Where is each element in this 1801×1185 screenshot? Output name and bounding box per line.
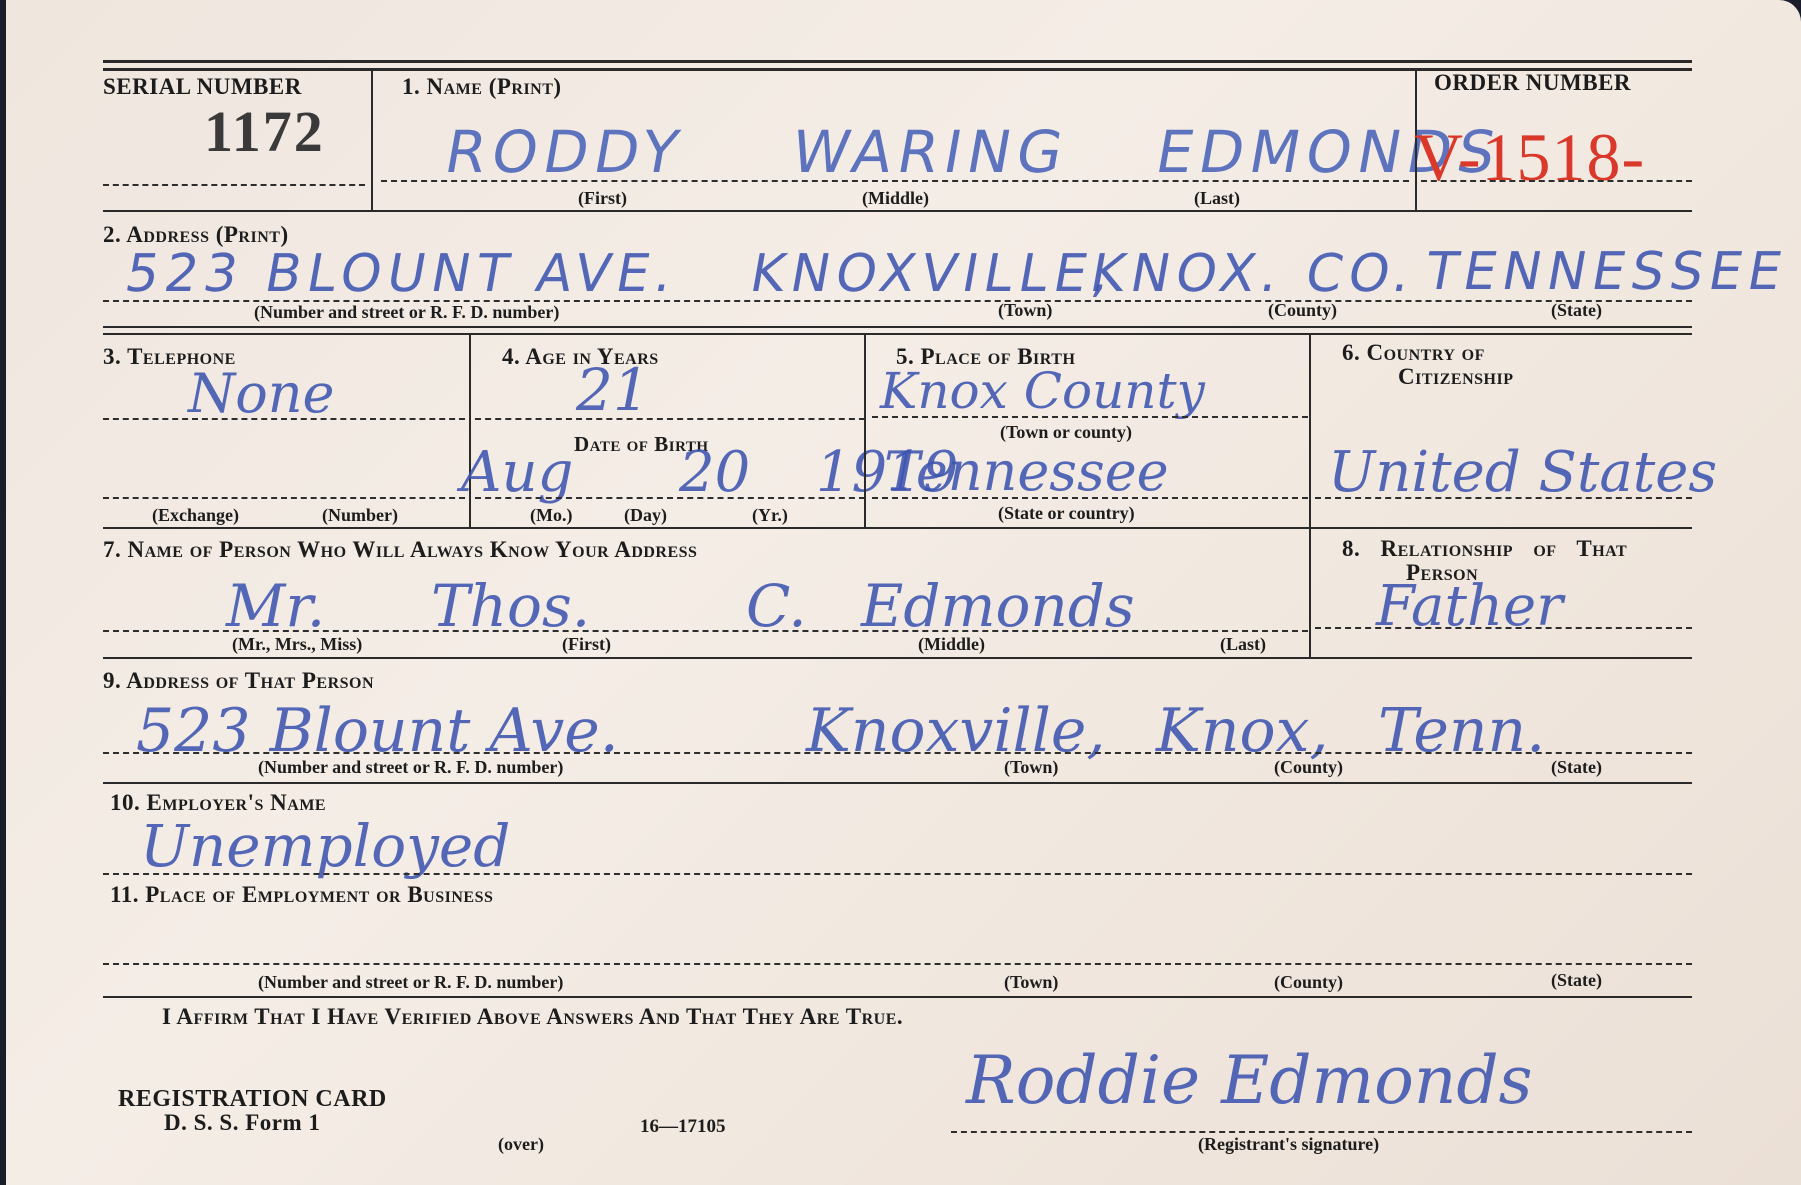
employer-line xyxy=(103,873,1692,875)
registrant-signature[interactable]: Roddie Edmonds xyxy=(966,1042,1532,1119)
employer-value[interactable]: Unemployed xyxy=(140,812,510,880)
over-note: (over) xyxy=(498,1134,544,1155)
contact-sub-first: (First) xyxy=(562,634,611,655)
employment-place-line[interactable] xyxy=(103,963,1692,965)
telephone-line xyxy=(103,418,465,420)
serial-number-label: SERIAL NUMBER xyxy=(103,74,302,100)
row-rule xyxy=(103,657,1692,659)
dob-sub-day: (Day) xyxy=(624,505,667,526)
address-county[interactable]: KNOX. CO. xyxy=(1086,244,1422,304)
dob-day: 20 xyxy=(679,440,750,505)
name-first: RODDY xyxy=(440,118,690,186)
divider xyxy=(1309,335,1311,527)
contact-address-label: 9. Address of That Person xyxy=(103,668,374,694)
address-sub-state: (State) xyxy=(1551,300,1602,321)
top-rule xyxy=(103,60,1692,63)
signature-line xyxy=(951,1131,1692,1133)
citizenship-value[interactable]: United States xyxy=(1328,440,1717,505)
contact-sub-title: (Mr., Mrs., Miss) xyxy=(232,634,362,655)
age-value[interactable]: 21 xyxy=(576,356,650,424)
contact-address-sub-town: (Town) xyxy=(1004,757,1058,778)
birthplace-town[interactable]: Knox County xyxy=(880,362,1205,420)
birthplace-state[interactable]: Tennessee xyxy=(884,440,1169,503)
form-name: D. S. S. Form 1 xyxy=(164,1110,320,1136)
contact-sub-middle: (Middle) xyxy=(918,634,985,655)
employment-place-sub-county: (County) xyxy=(1274,972,1343,993)
row-rule xyxy=(103,996,1692,998)
employment-place-sub-town: (Town) xyxy=(1004,972,1058,993)
address-state[interactable]: TENNESSEE xyxy=(1421,242,1793,302)
address-sub-county: (County) xyxy=(1268,300,1337,321)
divider xyxy=(371,70,373,210)
name-value[interactable]: RODDY WARING EDMONDS xyxy=(440,118,1507,186)
dob-line xyxy=(475,497,865,499)
dob-sub-yr: (Yr.) xyxy=(752,505,788,526)
telephone-sub-number: (Number) xyxy=(322,505,398,526)
order-number-line xyxy=(1421,180,1692,182)
order-number-label: ORDER NUMBER xyxy=(1434,70,1631,96)
address-street[interactable]: 523 BLOUNT AVE. xyxy=(121,244,684,304)
name-sub-first: (First) xyxy=(578,188,627,209)
citizenship-label-1: 6. Country of xyxy=(1342,340,1485,366)
contact-address-street[interactable]: 523 Blount Ave. xyxy=(136,696,619,766)
row-rule xyxy=(103,782,1692,784)
age-line xyxy=(475,418,865,420)
contact-sub-last: (Last) xyxy=(1220,634,1266,655)
birthplace-state-line xyxy=(872,497,1308,499)
affirmation-text: I Affirm That I Have Verified Above Answ… xyxy=(162,1004,903,1030)
telephone-sub-exchange: (Exchange) xyxy=(152,505,239,526)
contact-label: 7. Name of Person Who Will Always Know Y… xyxy=(103,537,697,563)
print-code: 16—17105 xyxy=(640,1116,726,1138)
citizenship-label-2: Citizenship xyxy=(1398,364,1513,390)
contact-address-sub-county: (County) xyxy=(1274,757,1343,778)
address-sub-town: (Town) xyxy=(998,300,1052,321)
employment-place-label: 11. Place of Employment or Business xyxy=(110,882,493,908)
name-line xyxy=(381,180,1409,182)
registration-card: SERIAL NUMBER 1172 1. Name (Print) RODDY… xyxy=(6,0,1801,1185)
contact-address-line xyxy=(103,752,1692,754)
employment-place-sub-state: (State) xyxy=(1551,970,1602,991)
address-sub-street: (Number and street or R. F. D. number) xyxy=(254,302,559,323)
dob-month: Aug xyxy=(461,440,573,505)
telephone-line-2 xyxy=(103,497,465,499)
order-number-value: V-1518- xyxy=(1414,118,1645,197)
row-rule xyxy=(103,527,1692,529)
contact-address-town[interactable]: Knoxville, xyxy=(806,696,1105,766)
row-rule xyxy=(103,326,1692,328)
contact-address-county[interactable]: Knox, xyxy=(1156,696,1329,766)
row-rule xyxy=(103,210,1692,212)
employment-place-sub-street: (Number and street or R. F. D. number) xyxy=(258,972,563,993)
birthplace-sub-state: (State or country) xyxy=(998,503,1135,524)
contact-address-sub-state: (State) xyxy=(1551,757,1602,778)
contact-line xyxy=(103,630,1308,632)
name-label: 1. Name (Print) xyxy=(402,74,562,100)
row-rule xyxy=(103,333,1692,335)
serial-number-value: 1172 xyxy=(204,98,325,165)
dob-sub-mo: (Mo.) xyxy=(530,505,572,526)
relationship-value[interactable]: Father xyxy=(1376,574,1563,639)
divider xyxy=(864,335,866,527)
relationship-label-1: 8. Relationship of That xyxy=(1342,536,1627,562)
name-sub-middle: (Middle) xyxy=(862,188,929,209)
citizenship-line xyxy=(1315,497,1692,499)
relationship-line xyxy=(1315,627,1692,629)
divider xyxy=(1309,529,1311,657)
contact-address-sub-street: (Number and street or R. F. D. number) xyxy=(258,757,563,778)
telephone-value[interactable]: None xyxy=(188,362,335,425)
address-town[interactable]: KNOXVILLE, xyxy=(746,244,1121,304)
signature-label: (Registrant's signature) xyxy=(1198,1134,1379,1155)
name-sub-last: (Last) xyxy=(1194,188,1240,209)
registration-card-title: REGISTRATION CARD xyxy=(118,1086,387,1113)
birthplace-town-line xyxy=(872,416,1308,418)
contact-address-state[interactable]: Tenn. xyxy=(1378,696,1545,766)
name-middle: WARING xyxy=(786,118,1074,186)
serial-number-line xyxy=(103,184,365,186)
